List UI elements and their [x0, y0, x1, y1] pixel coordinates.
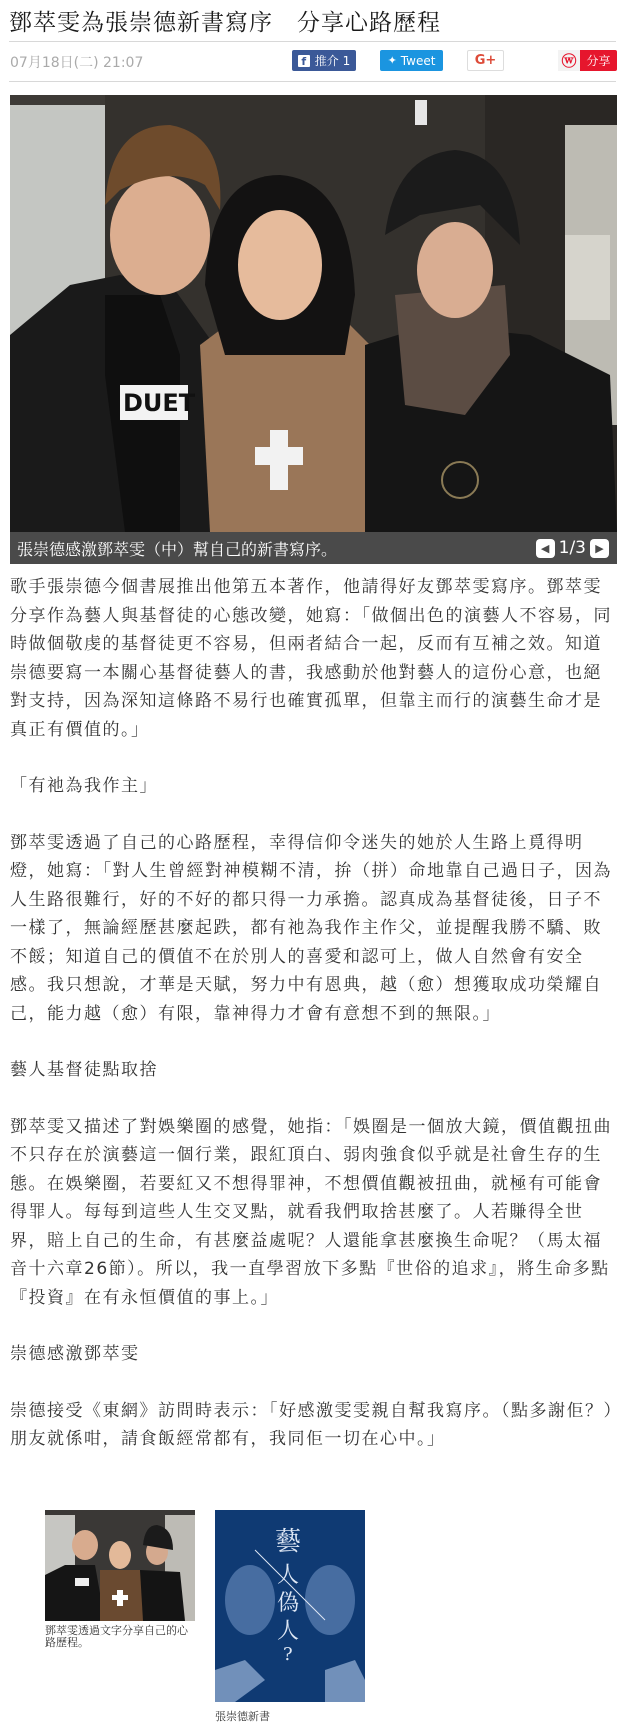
- paragraph: 歌手張崇德今個書展推出他第五本著作，他請得好友鄧萃雯寫序。鄧萃雯分享作為藝人與基…: [10, 573, 618, 744]
- divider: [9, 41, 616, 42]
- gallery-caption: 張崇德感激鄧萃雯（中）幫自己的新書寫序。: [17, 537, 536, 560]
- twitter-tweet-button[interactable]: ✦ Tweet: [380, 50, 443, 71]
- twitter-tweet-label: Tweet: [401, 54, 436, 68]
- gallery-prev-button[interactable]: ◀: [536, 539, 555, 558]
- subheading: 藝人基督徒點取捨: [10, 1056, 618, 1085]
- paragraph: 鄧萃雯透過了自己的心路歷程，幸得信仰令迷失的她於人生路上覓得明燈，她寫：「對人生…: [10, 829, 618, 1029]
- photo-three-people: DUET: [10, 95, 617, 532]
- twitter-icon: ✦: [388, 54, 397, 67]
- shirt-text: DUET: [123, 389, 196, 417]
- svg-text:?: ?: [283, 1644, 293, 1665]
- paragraph: 鄧萃雯又描述了對娛樂圈的感覺，她指：「娛圈是一個放大鏡，價值觀扭曲不只存在於演藝…: [10, 1113, 618, 1313]
- thumbnail-caption: 張崇德新書: [215, 1708, 270, 1724]
- thumbnail-photo[interactable]: [45, 1510, 195, 1621]
- googleplus-label: G+: [475, 53, 497, 68]
- triangle-right-icon: ▶: [595, 542, 603, 555]
- triangle-left-icon: ◀: [541, 542, 549, 555]
- gallery-photo[interactable]: DUET: [10, 95, 617, 532]
- svg-text:藝: 藝: [275, 1527, 301, 1557]
- weibo-share-label: 分享: [586, 52, 610, 69]
- book-cover-image: 藝 人 偽 人 ?: [215, 1510, 365, 1702]
- facebook-share-button[interactable]: f 推介 1: [292, 50, 356, 71]
- thumbnail-caption: 鄧萃雯透過文字分享自己的心路歷程。: [45, 1625, 197, 1649]
- weibo-icon[interactable]: ⓦ: [558, 50, 580, 71]
- gallery-caption-bar: 張崇德感激鄧萃雯（中）幫自己的新書寫序。 ◀ 1/3 ▶: [10, 532, 617, 564]
- gallery-counter: 1/3: [559, 538, 586, 558]
- weibo-share-button[interactable]: 分享: [580, 50, 617, 71]
- googleplus-share-button[interactable]: G+: [467, 50, 504, 71]
- thumbnail-three-people: [45, 1510, 195, 1621]
- article-body: 歌手張崇德今個書展推出他第五本著作，他請得好友鄧萃雯寫序。鄧萃雯分享作為藝人與基…: [10, 573, 618, 1454]
- svg-text:偽: 偽: [277, 1591, 299, 1616]
- divider: [9, 81, 616, 82]
- gallery-next-button[interactable]: ▶: [590, 539, 609, 558]
- paragraph: 崇德接受《東網》訪問時表示：「好感激雯雯親自幫我寫序。（點多謝佢？）朋友就係咁，…: [10, 1397, 618, 1454]
- svg-text:人: 人: [277, 1619, 299, 1644]
- subheading: 「有祂為我作主」: [10, 772, 618, 801]
- subheading: 崇德感激鄧萃雯: [10, 1340, 618, 1369]
- gallery-pager: ◀ 1/3 ▶: [536, 538, 609, 558]
- facebook-share-label: 推介 1: [315, 52, 350, 69]
- publish-date: 07月18日(二) 21:07: [10, 52, 143, 72]
- article-title: 鄧萃雯為張崇德新書寫序 分享心路歷程: [9, 6, 441, 40]
- thumbnail-book-cover[interactable]: 藝 人 偽 人 ?: [215, 1510, 365, 1702]
- facebook-icon: f: [298, 55, 310, 67]
